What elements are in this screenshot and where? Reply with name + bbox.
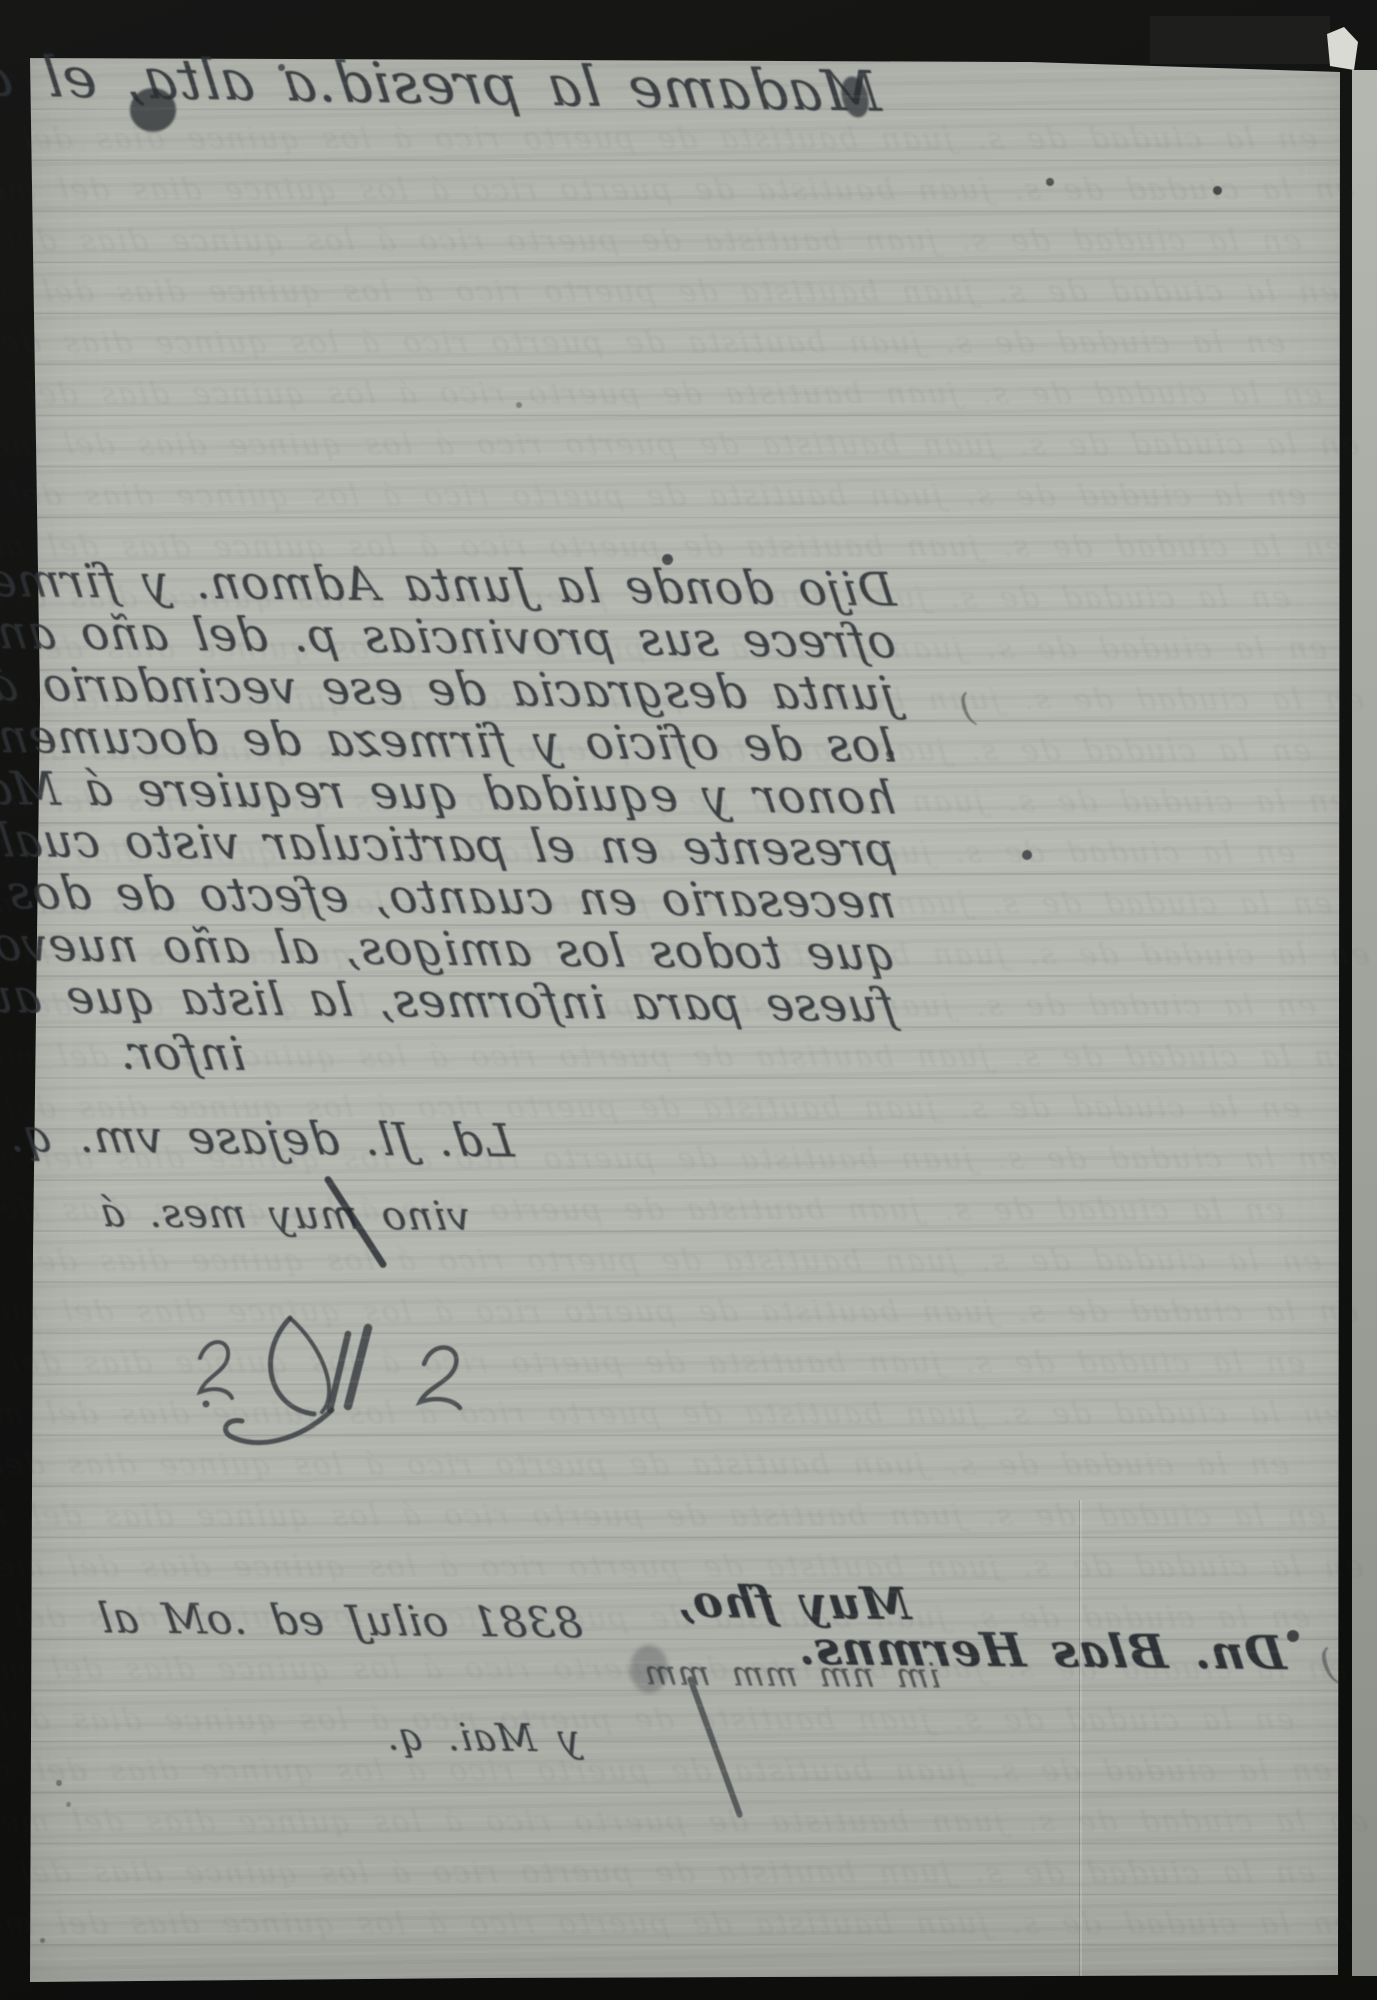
ghost-bleedthrough-line: en la ciudad de s. juan bautista de puer… [84, 478, 1309, 513]
adjacent-page-edge [1352, 70, 1377, 1976]
ink-blot [130, 88, 176, 132]
ghost-bleedthrough-line: en la ciudad de s. juan bautista de puer… [95, 121, 1320, 156]
handwritten-line: ofrece sus provincias p. del año ant. q. [41, 610, 898, 665]
handwritten-line: necesario en cuanto, efecto de dos ofici… [41, 870, 898, 925]
ghost-bleedthrough-line: en la ciudad de s. juan bautista de puer… [130, 1906, 1355, 1941]
handwritten-line: los de oficio y firmeza de documentos de… [41, 714, 898, 769]
ghost-bleedthrough-line: en la ciudad de s. juan bautista de puer… [132, 172, 1357, 207]
handwritten-line: junta desgracia de ese vecindario á mas [41, 662, 898, 717]
ink-speck [278, 64, 285, 71]
ink-speck [56, 1780, 62, 1786]
dateline-place: 8381 oiluJ ed .oM al [149, 1598, 584, 1645]
ink-blot [630, 1645, 668, 1693]
scanned-document: en la ciudad de s. juan bautista de puer… [0, 0, 1377, 2000]
ghost-bleedthrough-line: en la ciudad de s. juan bautista de puer… [116, 274, 1341, 309]
margin-curl-mark: ) [1293, 1644, 1338, 1684]
ink-speck [662, 554, 673, 565]
ink-speck [886, 750, 894, 758]
margin-curl-mark: ) [932, 690, 977, 726]
handwritten-line: honor y equidad que requiere á Md. ha de [41, 766, 898, 821]
book-edge-shadow [1150, 16, 1330, 64]
ink-speck [66, 1802, 71, 1807]
ghost-bleedthrough-line: en la ciudad de s. juan bautista de puer… [146, 1804, 1371, 1839]
signature-name: Dn. Blas Hermns. [892, 1626, 1288, 1676]
handwritten-line: presente en el particular visto cualesqa… [41, 818, 898, 873]
ink-speck [516, 402, 522, 408]
ink-speck [1046, 178, 1054, 186]
handwritten-header-line: Madame la presid.a alta, el q. [102, 51, 884, 121]
handwritten-line: fuese para informes, la lista que aun q. [41, 974, 898, 1029]
ghost-bleedthrough-line: en la ciudad de s. juan bautista de puer… [93, 1855, 1318, 1890]
dateline-sub: y Mai. q. [318, 1717, 583, 1758]
ink-speck [1022, 850, 1032, 860]
ghost-bleedthrough-line: en la ciudad de s. juan bautista de puer… [104, 1498, 1329, 1533]
ghost-bleedthrough-line: en la ciudad de s. juan bautista de puer… [137, 427, 1362, 462]
ink-speck [1287, 1630, 1299, 1642]
handwritten-closing-line: Ld. Jl. dejase vm. q. [60, 1114, 516, 1164]
paper-crease [1080, 1500, 1082, 1976]
handwritten-closing-line: vino muy mes. á [107, 1193, 472, 1237]
ink-speck [1213, 186, 1222, 195]
ghost-bleedthrough-line: en la ciudad de s. juan bautista de puer… [79, 223, 1304, 258]
handwritten-line-last-word: infor. [82, 1029, 248, 1077]
ghost-bleedthrough-line: en la ciudad de s. juan bautista de puer… [100, 376, 1325, 411]
ghost-bleedthrough-line: en la ciudad de s. juan bautista de puer… [63, 325, 1288, 360]
signature-flourish-dashes: im nm mm mm [698, 1657, 942, 1694]
ghost-bleedthrough-line: en la ciudad de s. juan bautista de puer… [99, 1243, 1324, 1278]
handwritten-line: Dijo donde la Junta Admon. y firme la [41, 558, 898, 613]
signature-rubric-flourish [172, 1306, 472, 1451]
ink-speck [40, 1938, 45, 1943]
ghost-bleedthrough-line: en la ciudad de s. juan bautista de puer… [72, 1702, 1297, 1737]
ghost-bleedthrough-line: en la ciudad de s. juan bautista de puer… [67, 1447, 1292, 1482]
ghost-bleedthrough-line: en la ciudad de s. juan bautista de puer… [131, 1039, 1356, 1074]
handwritten-line: que todos los amigos, al año nuevo de qu… [41, 922, 898, 977]
